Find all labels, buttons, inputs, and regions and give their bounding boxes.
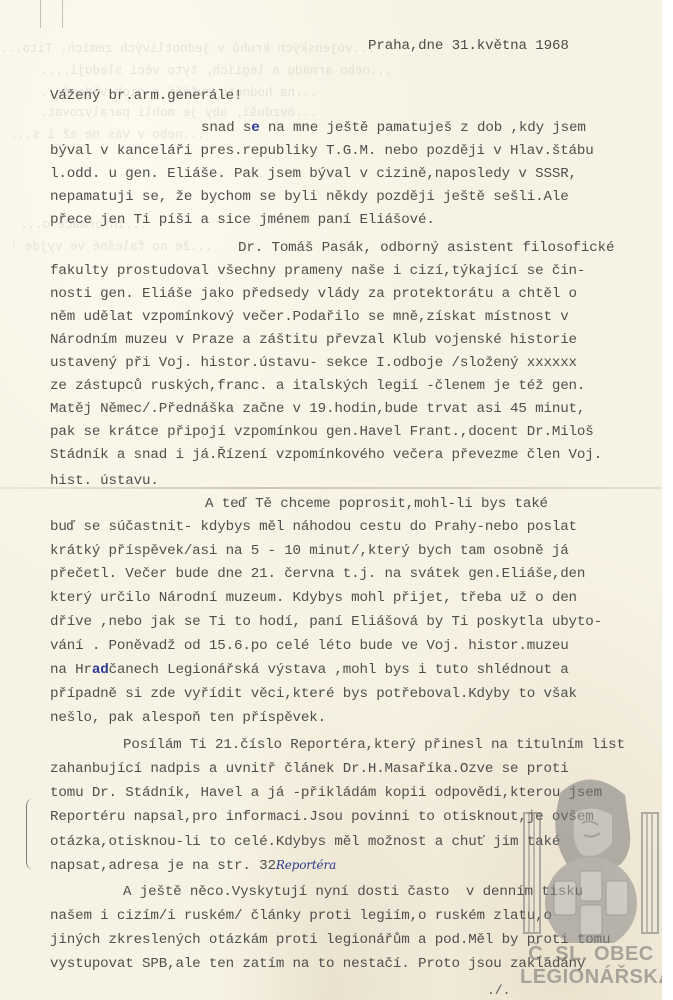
bleed-through-text: ...nebo v Vás ne až i s... [10, 128, 205, 142]
letter-line: dříve ,nebo jak se Ti to hodí, paní Eliá… [50, 614, 602, 630]
letter-line: přečetl. Večer bude dne 21. června t.j. … [50, 566, 585, 582]
handwritten-correction: ad [92, 662, 109, 678]
letter-line: případně si zde vyřídit věci,které bys p… [50, 686, 577, 702]
letter-line: Matěj Němec/.Přednáška začne v 19.hodin,… [50, 401, 585, 417]
letter-line: vystupovat SPB,ale ten zatím na to nesta… [50, 956, 585, 972]
letter-line: ze zástupců ruských,franc. a italských l… [50, 378, 585, 394]
letter-line: pak se krátce připojí vzpomínkou gen.Hav… [50, 424, 594, 440]
letter-line: našem i cizím/i ruském/ články proti leg… [50, 908, 552, 924]
bleed-through-text: ...že no falešné ve vyjde ! [10, 240, 213, 254]
letter-line: Reportéru napsal,pro informaci.Jsou povi… [50, 809, 594, 825]
letter-line: snad se na mne ještě pamatuješ z dob ,kd… [201, 120, 586, 136]
bleed-through-text: ...ovzduší, aby je mohli paralyzovat. [40, 106, 318, 120]
letter-line: napsat,adresa je na str. 32Reportéra [50, 858, 336, 874]
handwritten-insertion: Reportéra [276, 858, 336, 872]
letter-line: A ještě něco.Vyskytují nyní dosti často … [123, 884, 583, 900]
salutation: Vážený br.arm.generále! [50, 88, 242, 104]
letter-line: býval v kanceláři pres.republiky T.G.M. … [50, 143, 594, 159]
margin-bracket-mark [26, 798, 35, 870]
soldier-helmet-emblem-icon [520, 773, 662, 943]
letter-line: něm udělat vzpomínkový večer.Podařilo se… [50, 309, 569, 325]
scan-border [662, 0, 673, 1000]
scan-artifact [40, 0, 41, 28]
letter-line: přece jen Ti píši a sice jménem paní Eli… [50, 212, 435, 228]
letter-line: ustavený při Voj. histor.ústavu- sekce I… [50, 355, 577, 371]
letter-line: nosti gen. Eliáše jako předsedy vlády za… [50, 286, 577, 302]
letter-line: nešlo, pak alespoň ten příspěvek. [50, 710, 326, 726]
letter-line: Národním muzeu v Praze a záštitu převzal… [50, 332, 577, 348]
letter-line: A teď Tě chceme poprosit,mohl-li bys tak… [205, 496, 548, 512]
letter-line: na Hradčanech Legionářská výstava ,mohl … [50, 662, 569, 678]
letter-line: otázka,otisknou-li to celé.Kdybys měl mo… [50, 834, 560, 850]
watermark-text-line1: Č. SL. OBEC [520, 943, 662, 966]
letter-line: Stádník a snad i já.Řízení vzpomínkového… [50, 447, 602, 463]
legion-watermark-logo: Č. SL. OBEC LEGIONÁŘSKÁ [520, 773, 662, 993]
letter-line: Posílám Ti 21.číslo Reportéra,který přin… [123, 737, 625, 753]
letter-line: zahanbující nadpis a uvnitř článek Dr.H.… [50, 761, 569, 777]
place-date: Praha,dne 31.května 1968 [368, 38, 569, 54]
letter-line: nepamatuji se, že bychom se byli někdy p… [50, 189, 569, 205]
scan-artifact [62, 0, 63, 28]
letter-line: l.odd. u gen. Eliáše. Pak jsem býval v c… [50, 166, 577, 182]
letter-line: který určilo Národní muzeum. Kdybys mohl… [50, 590, 577, 606]
handwritten-correction: e [251, 120, 259, 136]
letter-line: vání . Poněvadž od 15.6.po celé léto bud… [50, 638, 569, 654]
letter-line: Dr. Tomáš Pasák, odborný asistent filoso… [238, 240, 614, 256]
watermark-text-line2: LEGIONÁŘSKÁ [520, 966, 662, 989]
letter-line: krátký příspěvek/asi na 5 - 10 minut/,kt… [50, 543, 569, 559]
bleed-through-text: ...vojenských kruhů v jednotlivých zemíc… [0, 42, 375, 56]
paper-fold-crease [0, 487, 662, 489]
scanned-letter-page: ...vojenských kruhů v jednotlivých zemíc… [0, 0, 662, 1000]
continuation-marker: ./. [487, 983, 510, 998]
typed-text: napsat,adresa je na str. 32 [50, 858, 276, 874]
letter-line: buď se súčastnit- kdybys měl náhodou ces… [50, 519, 577, 535]
bleed-through-text: ...nebo armádu a legiích, tyto věci sled… [40, 64, 393, 78]
letter-line: fakulty prostudoval všechny prameny naše… [50, 263, 585, 279]
